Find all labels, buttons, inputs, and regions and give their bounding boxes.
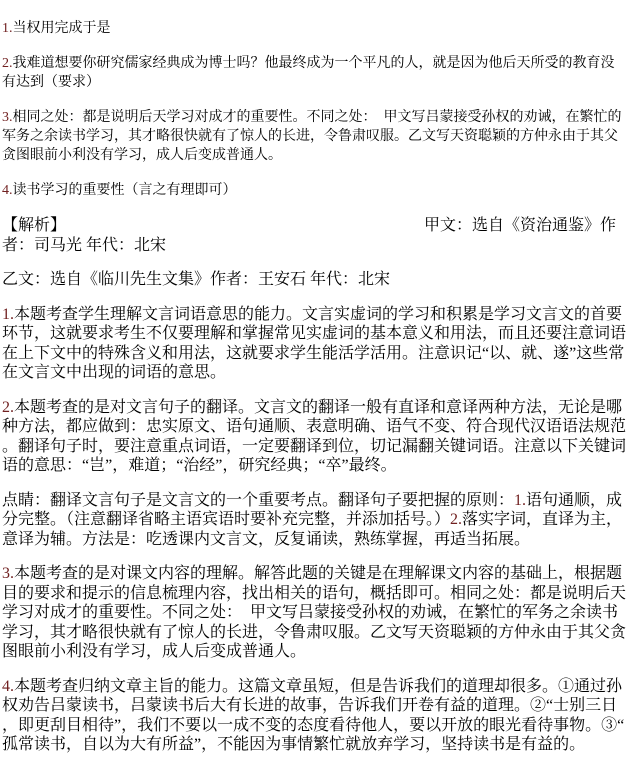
text-segment: 读书学习的重要性（言之有理即可） [13, 183, 237, 198]
inline-number: 1. [514, 492, 526, 509]
paragraph: 点睛：翻译文言句子是文言文的一个重要考点。翻译句子要把握的原则：1.语句通顺，成… [2, 491, 628, 550]
answers-section: 1.当权用完成于是2.我难道想要你研究儒家经典成为博士吗？他最终成为一个平凡的人… [2, 19, 628, 200]
text-segment: 本题考查的是对课文内容的理解。解答此题的关键是在理解课文内容的基础上，根据题目的… [2, 565, 626, 660]
list-marker: 3. [2, 565, 14, 582]
list-marker: 4. [2, 183, 13, 198]
text-segment: 我难道想要你研究儒家经典成为博士吗？他最终成为一个平凡的人，就是因为他后天所受的… [2, 56, 615, 90]
analysis-section: 【解析】甲文：选自《资治通鉴》作者：司马光 年代：北宋 乙文：选自《临川先生文集… [2, 216, 628, 755]
list-marker: 4. [2, 678, 14, 695]
list-marker: 2. [2, 56, 13, 71]
text-segment: 当权用完成于是 [13, 21, 111, 36]
paragraph: 1.本题考查学生理解文言词语意思的能力。文言实虚词的学习和积累是学习文言文的首要… [2, 305, 628, 383]
paragraph: 4.读书学习的重要性（言之有理即可） [2, 181, 628, 200]
text-segment: 本题考查学生理解文言词语意思的能力。文言实虚词的学习和积累是学习文言文的首要环节… [2, 306, 626, 382]
text-segment: 相同之处：都是说明后天学习对成才的重要性。不同之处： 甲文写吕蒙接受孙权的劝诫，… [2, 110, 622, 163]
list-marker: 1. [2, 21, 13, 36]
paragraph: 2.本题考查的是对文言句子的翻译。文言文的翻译一般有直译和意译两种方法，无论是哪… [2, 398, 628, 476]
horizontal-spacer [66, 229, 424, 230]
paragraph: 1.当权用完成于是 [2, 19, 628, 38]
paragraph: 3.相同之处：都是说明后天学习对成才的重要性。不同之处： 甲文写吕蒙接受孙权的劝… [2, 108, 628, 165]
inline-number: 2. [450, 511, 462, 528]
source-yi-text: 乙文：选自《临川先生文集》作者：王安石 年代：北宋 [2, 270, 628, 290]
list-marker: 1. [2, 306, 14, 323]
list-marker: 3. [2, 110, 13, 125]
paragraph: 2.我难道想要你研究儒家经典成为博士吗？他最终成为一个平凡的人，就是因为他后天所… [2, 54, 628, 92]
analysis-header: 【解析】甲文：选自《资治通鉴》作者：司马光 年代：北宋 [2, 216, 628, 255]
text-segment: 本题考查归纳文章主旨的能力。这篇文章虽短，但是告诉我们的道理却很多。①通过孙权劝… [2, 678, 624, 754]
document-page: 1.当权用完成于是2.我难道想要你研究儒家经典成为博士吗？他最终成为一个平凡的人… [0, 0, 630, 776]
source-jia-text: 甲文：选自《资治通鉴》作者：司马光 年代：北宋 [2, 217, 616, 254]
list-marker: 2. [2, 399, 14, 416]
analysis-label: 【解析】 [2, 217, 66, 234]
paragraph: 4.本题考查归纳文章主旨的能力。这篇文章虽短，但是告诉我们的道理却很多。①通过孙… [2, 677, 628, 755]
analysis-items: 1.本题考查学生理解文言词语意思的能力。文言实虚词的学习和积累是学习文言文的首要… [2, 305, 628, 755]
paragraph: 3.本题考查的是对课文内容的理解。解答此题的关键是在理解课文内容的基础上，根据题… [2, 564, 628, 662]
text-segment: 点睛：翻译文言句子是文言文的一个重要考点。翻译句子要把握的原则： [2, 492, 514, 509]
text-segment: 本题考查的是对文言句子的翻译。文言文的翻译一般有直译和意译两种方法，无论是哪种方… [2, 399, 626, 475]
